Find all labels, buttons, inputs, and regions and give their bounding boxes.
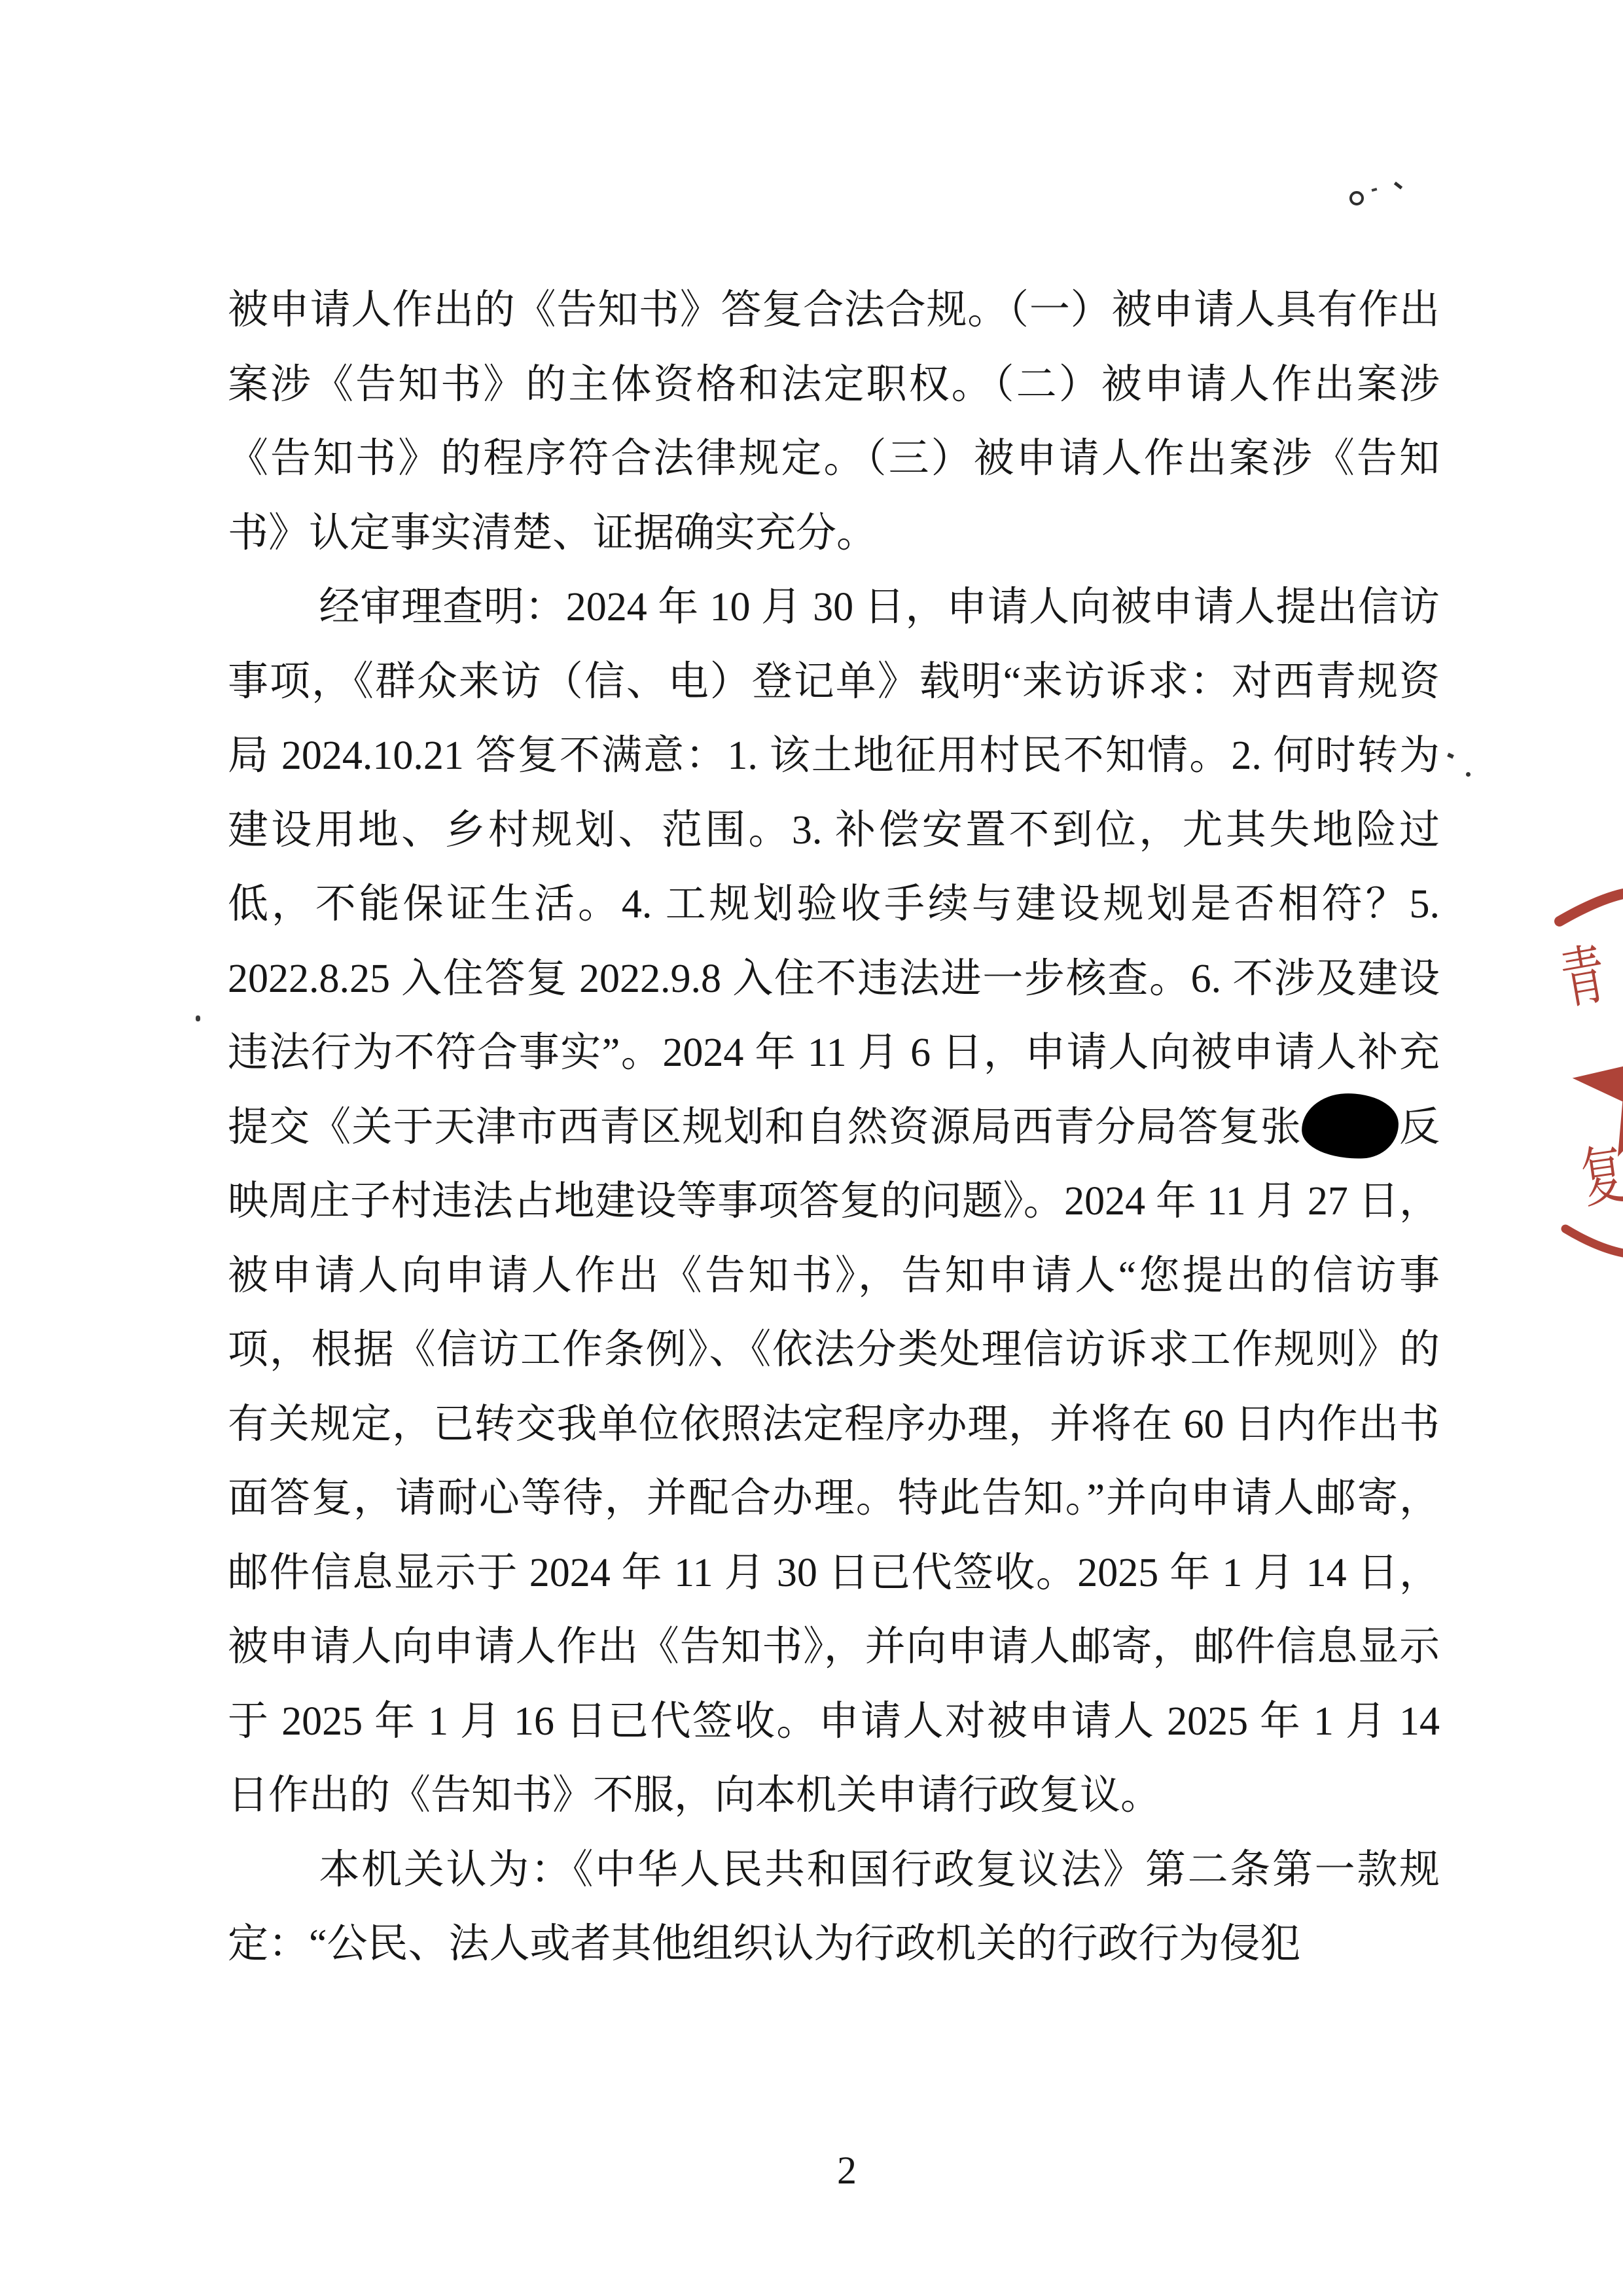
scan-artifact — [196, 1016, 200, 1021]
paragraph: 本机关认为：《中华人民共和国行政复议法》第二条第一款规定：“公民、法人或者其他组… — [228, 1833, 1440, 1982]
paragraph: 经审理查明：2024 年 10 月 30 日，申请人向被申请人提出信访事项，《群… — [228, 571, 1440, 1833]
paragraph: 被申请人作出的《告知书》答复合法合规。（一）被申请人具有作出案涉《告知书》的主体… — [228, 274, 1440, 571]
seal-border-arc-bottom — [1565, 1229, 1623, 1253]
paragraph-text: 被申请人作出的《告知书》答复合法合规。（一）被申请人具有作出案涉《告知书》的主体… — [228, 288, 1440, 556]
scan-artifact — [1372, 188, 1378, 192]
seal-char-top: 青 — [1556, 939, 1611, 1017]
seal-border-arc-top — [1560, 894, 1623, 921]
paragraph-text: 本机关认为：《中华人民共和国行政复议法》第二条第一款规定：“公民、法人或者其他组… — [228, 1848, 1440, 1967]
document-page: 被申请人作出的《告知书》答复合法合规。（一）被申请人具有作出案涉《告知书》的主体… — [0, 0, 1623, 2296]
scan-artifact — [1466, 772, 1471, 777]
page-number: 2 — [821, 2148, 873, 2193]
scan-artifact — [1349, 191, 1364, 205]
scan-artifact — [1447, 752, 1454, 758]
paragraph-text: 经审理查明：2024 年 10 月 30 日，申请人向被申请人提出信访事项，《群… — [228, 585, 1440, 1150]
paragraph-text: 反映周庄子村违法占地建设等事项答复的问题》。2024 年 11 月 27 日，被… — [228, 1105, 1440, 1818]
official-seal: 青 复 — [1499, 887, 1623, 1260]
star-icon — [1561, 995, 1623, 1162]
document-body: 被申请人作出的《告知书》答复合法合规。（一）被申请人具有作出案涉《告知书》的主体… — [228, 274, 1440, 1982]
seal-char-bottom: 复 — [1577, 1139, 1623, 1216]
scan-artifact — [1394, 182, 1402, 190]
redaction-blob — [1300, 1091, 1399, 1160]
